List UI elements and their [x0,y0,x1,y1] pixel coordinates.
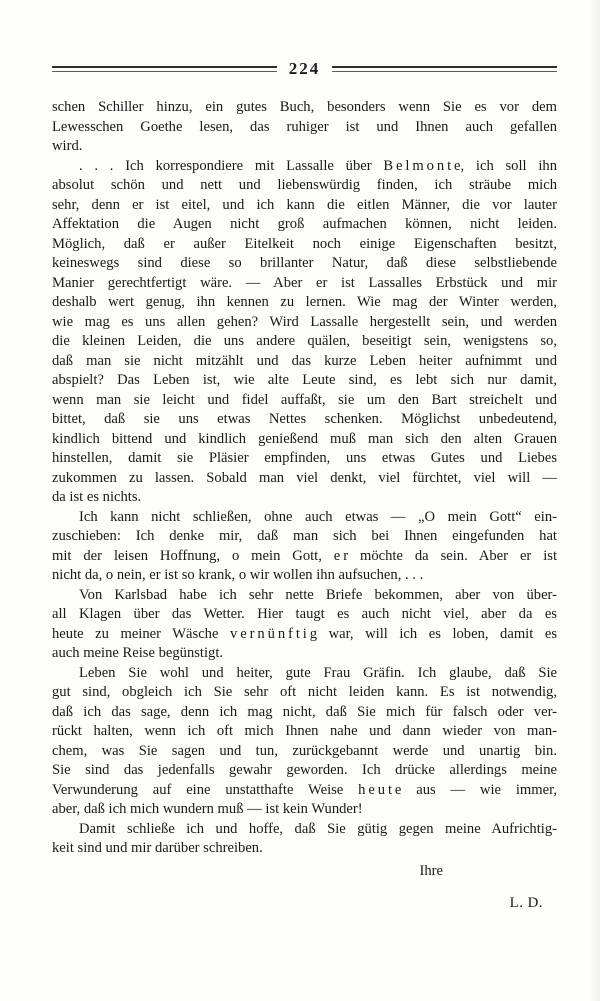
header-rule-left [52,66,277,72]
text-line: keineswegs sind diese so brillanter Natu… [52,254,557,274]
page-number: 224 [277,58,333,80]
paragraph: Ich kann nicht schließen, ohne auch etwa… [52,508,557,586]
text-line: nicht da, o nein, er ist so krank, o wir… [52,566,557,586]
text-line: schen Schiller hinzu, ein gutes Buch, be… [52,98,557,118]
text-line: Affektation die Augen nicht groß aufmach… [52,215,557,235]
paragraph: Leben Sie wohl und heiter, gute Frau Grä… [52,664,557,820]
text-line: Von Karlsbad habe ich sehr nette Briefe … [52,586,557,606]
text-line: Lewesschen Goethe lesen, das ruhiger ist… [52,118,557,138]
text-line: mit der leisen Hoffnung, o mein Gott, e … [52,547,557,567]
text-line: Manier gerechtfertigt wäre. — Aber er is… [52,274,557,294]
text-line: gut sind, obgleich ich Sie sehr oft nich… [52,683,557,703]
book-page: 224 schen Schiller hinzu, ein gutes Buch… [0,0,600,1001]
paragraph: . . . Ich korrespondiere mit Lassalle üb… [52,157,557,508]
paragraph: schen Schiller hinzu, ein gutes Buch, be… [52,98,557,157]
page-body: schen Schiller hinzu, ein gutes Buch, be… [52,98,557,859]
text-line: da ist es nichts. [52,488,557,508]
paragraph: Damit schließe ich und hoffe, daß Sie gü… [52,820,557,859]
text-line: Leben Sie wohl und heiter, gute Frau Grä… [52,664,557,684]
text-line: wie mag es uns allen gehen? Wird Lassall… [52,313,557,333]
header-rule-right [332,66,557,72]
text-line: Verwunderung auf eine unstatthafte Weise… [52,781,557,801]
text-line: abspielt? Das Leben ist, wie alte Leute … [52,371,557,391]
text-line: bittet, daß sie uns etwas Nettes schenke… [52,410,557,430]
text-line: wird. [52,137,557,157]
text-line: Damit schließe ich und hoffe, daß Sie gü… [52,820,557,840]
paragraph: Von Karlsbad habe ich sehr nette Briefe … [52,586,557,664]
text-line: rückt halten, wenn ich oft mich Ihnen na… [52,722,557,742]
text-line: zukommen zu lassen. Sobald man viel denk… [52,469,557,489]
text-line: keit sind und mir darüber schreiben. [52,839,557,859]
text-line: daß man sie nicht mitzählt und das kurze… [52,352,557,372]
text-line: all Klagen über das Wetter. Hier taugt e… [52,605,557,625]
text-line: heute zu meiner Wäsche v e r n ü n f t i… [52,625,557,645]
text-line: Ich kann nicht schließen, ohne auch etwa… [52,508,557,528]
text-line: chem, was Sie sagen und tun, zurückgeban… [52,742,557,762]
text-line: die kleinen Leiden, die uns andere quäle… [52,332,557,352]
text-line: absolut schön und nett und liebenswürdig… [52,176,557,196]
text-line: zuschieben: Ich denke mir, daß man sich … [52,527,557,547]
text-line: Sie sind das jedenfalls gewahr geworden.… [52,761,557,781]
text-line: sehr, denn er ist eitel, und ich kann di… [52,196,557,216]
text-line: deshalb wert genug, ihn kennen zu lernen… [52,293,557,313]
text-line: . . . Ich korrespondiere mit Lassalle üb… [52,157,557,177]
text-line: daß ich das sage, denn ich mag nicht, da… [52,703,557,723]
signature-closing: Ihre [52,862,557,882]
text-line: aber, daß ich mich wundern muß — ist kei… [52,800,557,820]
text-line: wenn man sie leicht und fidel auffaßt, s… [52,391,557,411]
page-header: 224 [52,58,557,80]
text-line: auch meine Reise begünstigt. [52,644,557,664]
text-line: hinstellen, damit sie Pläsier empfinden,… [52,449,557,469]
signature-initials: L. D. [52,894,557,914]
text-line: Möglich, daß er außer Eitelkeit noch ein… [52,235,557,255]
text-line: kindlich bittend und kindlich genießend … [52,430,557,450]
